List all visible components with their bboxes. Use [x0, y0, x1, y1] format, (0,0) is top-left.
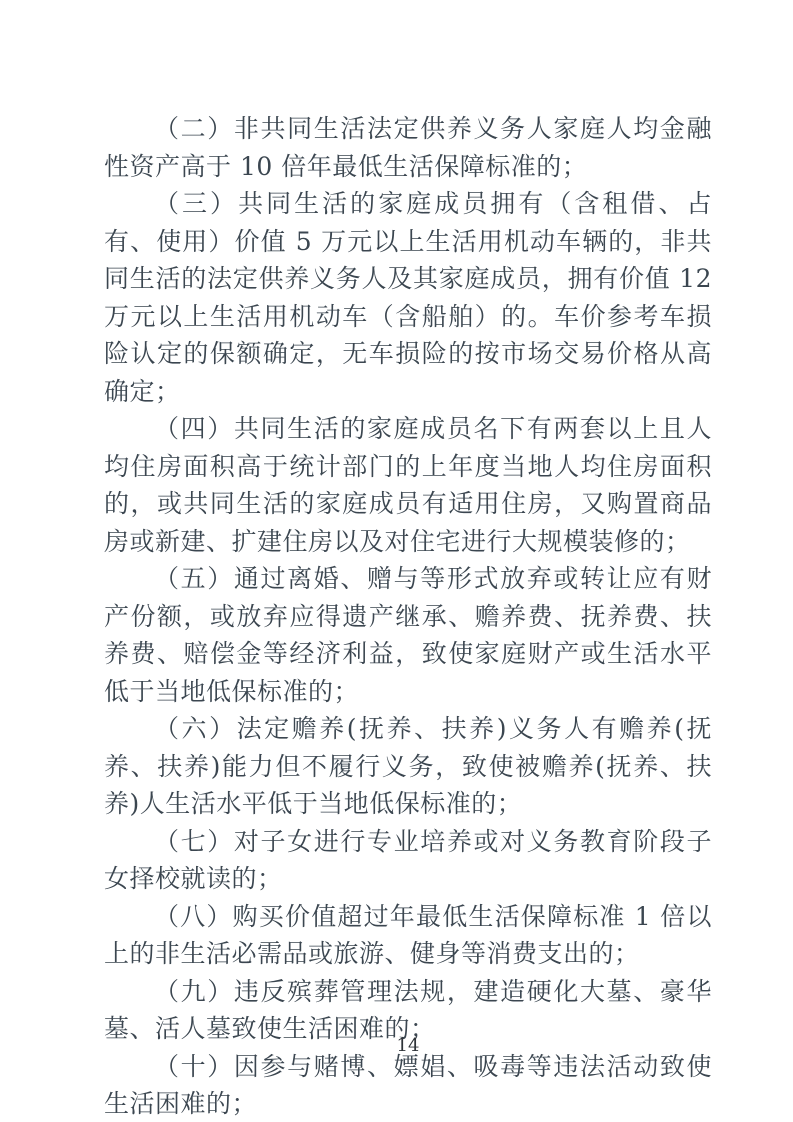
paragraph-item-3: （三）共同生活的家庭成员拥有（含租借、占有、使用）价值 5 万元以上生活用机动车…: [104, 185, 712, 410]
document-body-text: （二）非共同生活法定供养义务人家庭人均金融性资产高于 10 倍年最低生活保障标准…: [104, 110, 712, 1122]
paragraph-item-6: （六）法定赡养(抚养、扶养)义务人有赡养(抚养、扶养)能力但不履行义务，致使被赡…: [104, 710, 712, 823]
paragraph-item-2: （二）非共同生活法定供养义务人家庭人均金融性资产高于 10 倍年最低生活保障标准…: [104, 110, 712, 185]
paragraph-item-4: （四）共同生活的家庭成员名下有两套以上且人均住房面积高于统计部门的上年度当地人均…: [104, 410, 712, 560]
document-page: （二）非共同生活法定供养义务人家庭人均金融性资产高于 10 倍年最低生活保障标准…: [0, 0, 793, 1122]
page-number: 14: [104, 1034, 712, 1058]
paragraph-item-5: （五）通过离婚、赠与等形式放弃或转让应有财产份额，或放弃应得遗产继承、赡养费、抚…: [104, 560, 712, 710]
paragraph-item-10: （十）因参与赌博、嫖娼、吸毒等违法活动致使生活困难的；: [104, 1048, 712, 1122]
paragraph-item-8: （八）购买价值超过年最低生活保障标准 1 倍以上的非生活必需品或旅游、健身等消费…: [104, 898, 712, 973]
paragraph-item-7: （七）对子女进行专业培养或对义务教育阶段子女择校就读的；: [104, 823, 712, 898]
